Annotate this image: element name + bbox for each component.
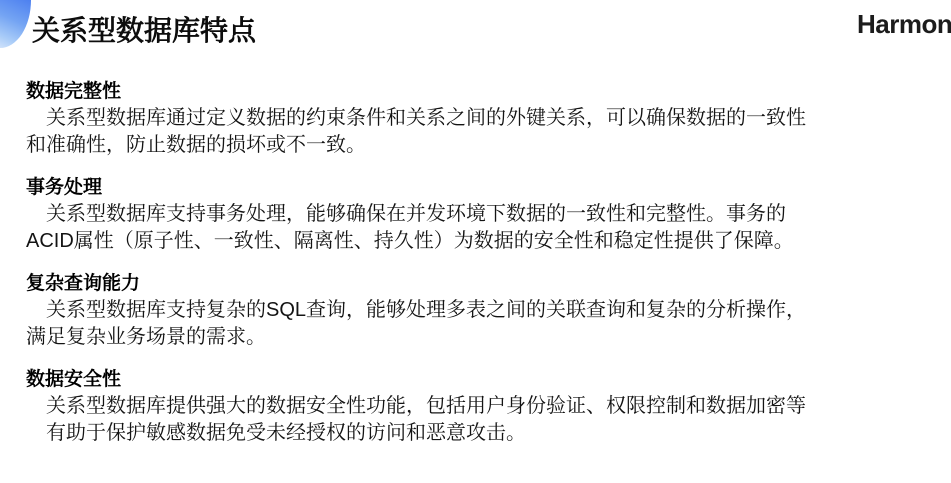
section-heading: 复杂查询能力 (26, 270, 936, 297)
corner-decoration (0, 0, 31, 48)
section-body-line: 有助于保护敏感数据免受未经授权的访问和恶意攻击。 (26, 420, 936, 447)
brand-logo: Harmony (857, 8, 951, 40)
section-complex-query: 复杂查询能力 关系型数据库支持复杂的SQL查询，能够处理多表之间的关联查询和复杂… (26, 270, 936, 351)
section-body-line: 关系型数据库支持复杂的SQL查询，能够处理多表之间的关联查询和复杂的分析操作， (26, 297, 936, 324)
page-title: 关系型数据库特点 (32, 14, 256, 48)
section-data-security: 数据安全性 关系型数据库提供强大的数据安全性功能，包括用户身份验证、权限控制和数… (26, 366, 936, 447)
section-body-line: 关系型数据库支持事务处理，能够确保在并发环境下数据的一致性和完整性。事务的 (26, 201, 936, 228)
section-heading: 数据完整性 (26, 78, 936, 105)
slide: 关系型数据库特点 Harmony 数据完整性 关系型数据库通过定义数据的约束条件… (0, 0, 951, 483)
section-body-line: 满足复杂业务场景的需求。 (26, 324, 936, 351)
section-heading: 事务处理 (26, 174, 936, 201)
section-transaction-processing: 事务处理 关系型数据库支持事务处理，能够确保在并发环境下数据的一致性和完整性。事… (26, 174, 936, 255)
section-body-line: 关系型数据库通过定义数据的约束条件和关系之间的外键关系，可以确保数据的一致性 (26, 105, 936, 132)
content-area: 数据完整性 关系型数据库通过定义数据的约束条件和关系之间的外键关系，可以确保数据… (26, 78, 936, 462)
section-data-integrity: 数据完整性 关系型数据库通过定义数据的约束条件和关系之间的外键关系，可以确保数据… (26, 78, 936, 159)
section-heading: 数据安全性 (26, 366, 936, 393)
section-body-line: 和准确性，防止数据的损坏或不一致。 (26, 132, 936, 159)
section-body-line: 关系型数据库提供强大的数据安全性功能，包括用户身份验证、权限控制和数据加密等 (26, 393, 936, 420)
section-body-line: ACID属性（原子性、一致性、隔离性、持久性）为数据的安全性和稳定性提供了保障。 (26, 228, 936, 255)
